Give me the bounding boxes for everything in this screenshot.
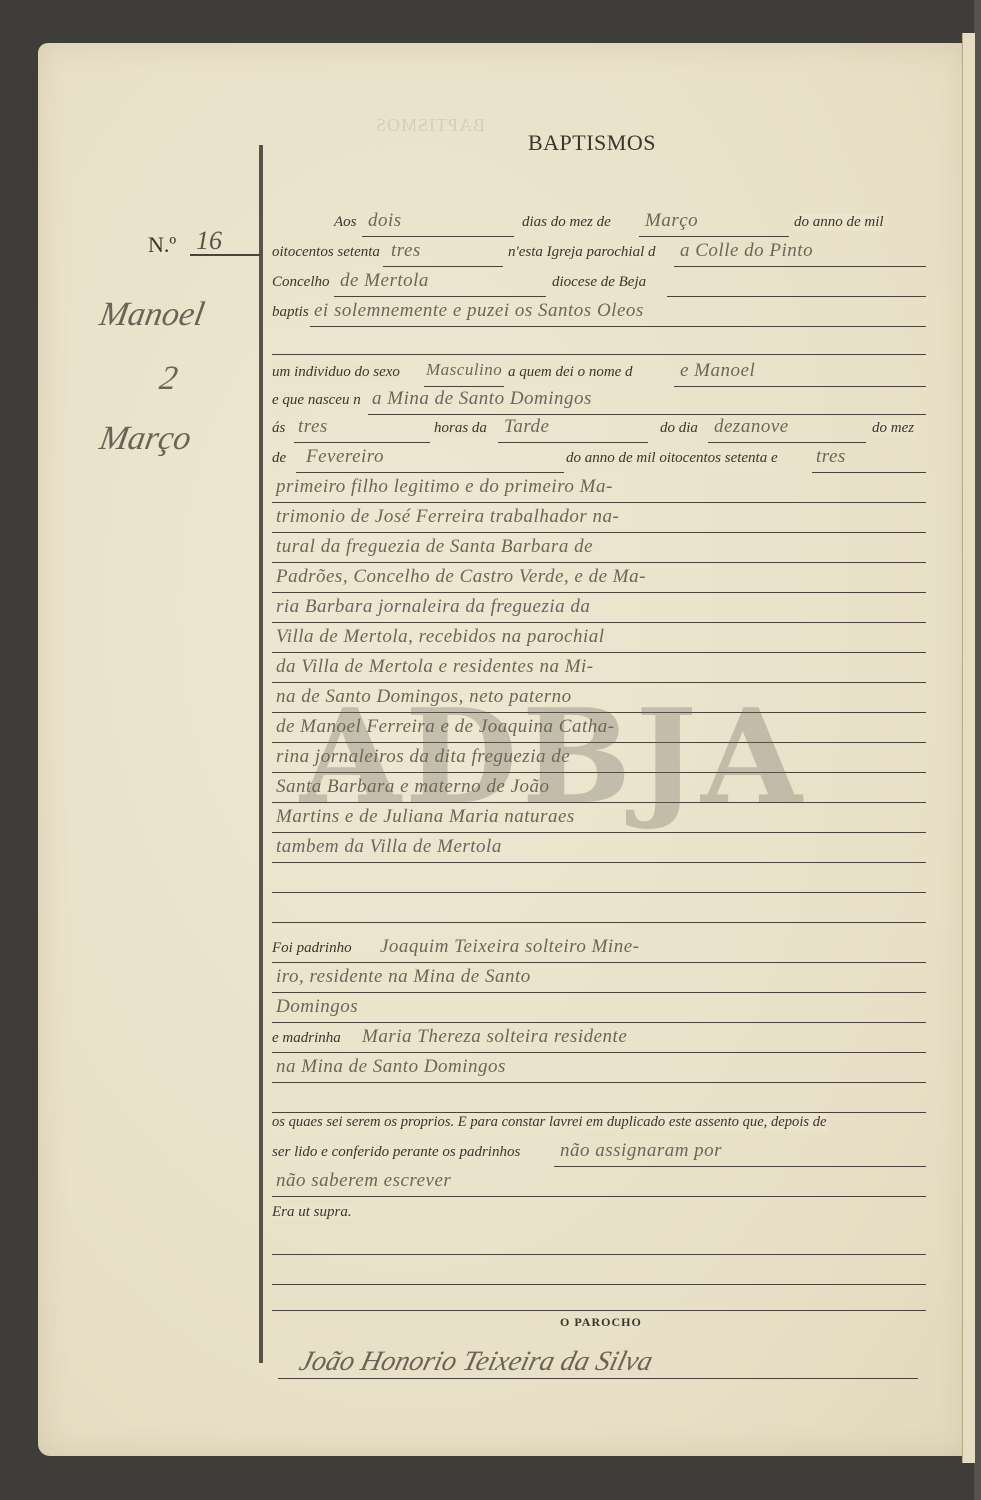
label-oitocentos: oitocentos setenta [272,244,380,261]
field-concelho: de Mertola [334,270,546,297]
bleed-through-text: BAPTISMOS [375,115,485,136]
narrative-line: tural da freguezia de Santa Barbara de [272,536,926,563]
form-line-blank [272,328,926,355]
padrinho-line: Domingos [272,996,926,1023]
narrative-line: ria Barbara jornaleira da freguezia da [272,596,926,623]
label-concelho: Concelho [272,274,330,291]
madrinha-line: na Mina de Santo Domingos [272,1056,926,1083]
field-birthplace: a Mina de Santo Domingos [368,388,926,415]
field-parish: a Colle do Pinto [674,240,926,267]
narrative-line: da Villa de Mertola e residentes na Mi- [272,656,926,683]
label-do-mez: do mez [872,420,914,437]
closing-text: os quaes sei serem os proprios. E para c… [272,1110,926,1136]
form-line-date: Aos dois dias do mez de Março do anno de… [272,210,926,236]
form-line-blank [272,1228,926,1255]
label-anno-oitocentos: do anno de mil oitocentos setenta e [566,450,778,467]
narrative-line: na de Santo Domingos, neto paterno [272,686,926,713]
madrinha-name: Maria Thereza solteira residente [362,1026,627,1048]
closing-line-2: ser lido e conferido perante os padrinho… [272,1140,926,1166]
label-as: ás [272,420,285,437]
label-baptis: baptis [272,304,309,321]
label-sexo: um individuo do sexo [272,364,400,381]
entry-number: 16 [190,226,260,256]
label-aos: Aos [334,214,357,231]
scanner-background-right [974,0,981,1500]
closing-statement: os quaes sei serem os proprios. E para c… [272,1114,827,1131]
narrative-line: Martins e de Juliana Maria naturaes [272,806,926,833]
next-page-edge [962,33,975,1463]
entry-number-label: N.º [148,232,176,258]
label-nasceu: e que nasceu n [272,392,361,409]
narrative-line: Padrões, Concelho de Castro Verde, e de … [272,566,926,593]
field-sex: Masculino [424,360,504,387]
form-line-blank [272,1086,926,1113]
narrative-line [272,866,926,893]
field-hour: tres [294,416,430,443]
field-period: Tarde [498,416,648,443]
era-ut-supra: Era ut supra. [272,1204,352,1221]
label-padrinhos: ser lido e conferido perante os padrinho… [272,1144,520,1161]
page-title: BAPTISMOS [528,130,656,156]
closing-line-3: não saberem escrever [272,1170,926,1197]
madrinha-line: e madrinha Maria Thereza solteira reside… [272,1026,926,1053]
narrative-line: Villa de Mertola, recebidos na parochial [272,626,926,653]
field-day: dois [362,210,514,237]
padrinho-line: iro, residente na Mina de Santo [272,966,926,993]
form-line-parish: oitocentos setenta tres n'esta Igreja pa… [272,240,926,266]
form-line-birthplace: e que nasceu n a Mina de Santo Domingos [272,388,926,414]
label-madrinha: e madrinha [272,1030,341,1047]
form-line-concelho: Concelho de Mertola diocese de Beja [272,270,926,296]
narrative-line: de Manoel Ferreira e de Joaquina Catha- [272,716,926,743]
margin-date-month: Março [97,420,194,458]
parocho-label: O PAROCHO [560,1315,642,1330]
form-line-blank [272,1284,926,1311]
label-anno-de-mil: do anno de mil [794,214,884,231]
label-dias-do-mez: dias do mez de [522,214,611,231]
form-line-birth-year: de Fevereiro do anno de mil oitocentos s… [272,446,926,472]
parocho-signature: João Honorio Teixeira da Silva [296,1346,656,1378]
field-year: tres [383,240,503,267]
narrative-line: Santa Barbara e materno de João [272,776,926,803]
field-diocese-extra [667,270,926,297]
margin-name-manoel: Manoel [97,296,208,334]
form-line-birth-time: ás tres horas da Tarde do dia dezanove d… [272,416,926,442]
label-do-dia: do dia [660,420,698,437]
label-horas-da: horas da [434,420,487,437]
narrative-line: tambem da Villa de Mertola [272,836,926,863]
form-line-baptism: baptis ei solemnemente e puzei os Santos… [272,300,926,326]
era-ut-supra-line: Era ut supra. [272,1200,926,1226]
form-line-blank [272,1258,926,1285]
label-nome: a quem dei o nome d [508,364,633,381]
field-birth-year: tres [812,446,926,473]
field-name: e Manoel [674,360,926,387]
label-igreja-parochial: n'esta Igreja parochial d [508,244,656,261]
field-month: Março [639,210,789,237]
field-signature-note: não assignaram por [554,1140,926,1167]
label-diocese: diocese de Beja [552,274,646,291]
margin-rule [259,145,263,1363]
label-de: de [272,450,286,467]
form-line-sex-name: um individuo do sexo Masculino a quem de… [272,360,926,386]
field-birth-day: dezanove [708,416,866,443]
padrinho-line: Foi padrinho Joaquim Teixeira solteiro M… [272,936,926,963]
label-padrinho: Foi padrinho [272,940,352,957]
padrinho-name: Joaquim Teixeira solteiro Mine- [380,936,639,958]
narrative-line: rina jornaleiros da dita freguezia de [272,746,926,773]
field-birth-month: Fevereiro [296,446,564,473]
narrative-line [272,896,926,923]
signature-line [278,1378,918,1379]
narrative-line: trimonio de José Ferreira trabalhador na… [272,506,926,533]
narrative-line: primeiro filho legitimo e do primeiro Ma… [272,476,926,503]
field-baptism-text: ei solemnemente e puzei os Santos Oleos [310,300,926,327]
